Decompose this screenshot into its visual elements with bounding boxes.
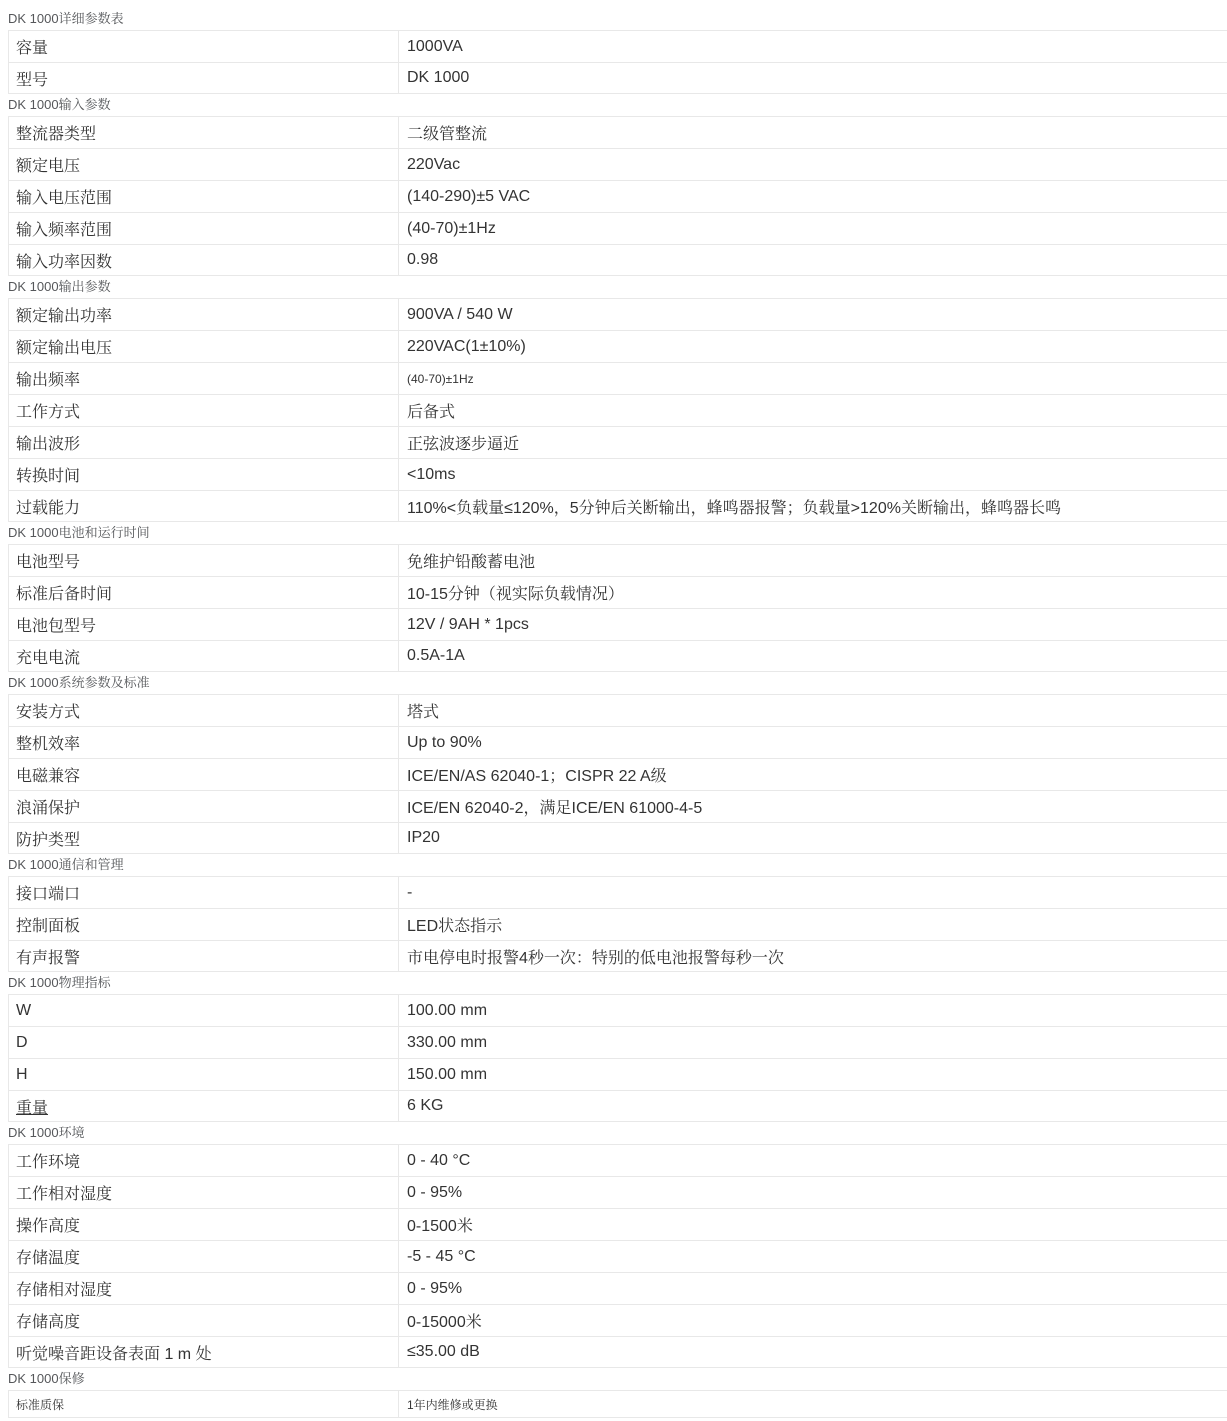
spec-value: 0-1500米 [398, 1209, 1227, 1240]
spec-label: 标准质保 [9, 1391, 398, 1417]
spec-value: 0 - 40 °C [398, 1145, 1227, 1176]
spec-value: 220VAC(1±10%) [398, 331, 1227, 362]
spec-value: 900VA / 540 W [398, 299, 1227, 330]
spec-value: 塔式 [398, 695, 1227, 726]
spec-label: 存储高度 [9, 1305, 398, 1336]
section-header: DK 1000物理指标 [8, 972, 1227, 994]
spec-value: IP20 [398, 823, 1227, 853]
spec-label: 整流器类型 [9, 117, 398, 148]
spec-label: 有声报警 [9, 941, 398, 971]
table-row: 工作环境 0 - 40 °C [8, 1144, 1227, 1176]
spec-value: 1年内维修或更换 [398, 1391, 1227, 1417]
table-row: 容量 1000VA [8, 30, 1227, 62]
spec-value: 市电停电时报警4秒一次：特别的低电池报警每秒一次 [398, 941, 1227, 971]
table-row: 安装方式 塔式 [8, 694, 1227, 726]
spec-label: 输入电压范围 [9, 181, 398, 212]
spec-value: ICE/EN 62040-2，满足ICE/EN 61000-4-5 [398, 791, 1227, 822]
spec-value: (40-70)±1Hz [398, 213, 1227, 244]
spec-label: W [9, 995, 398, 1026]
table-row: 接口端口 - [8, 876, 1227, 908]
spec-label: 整机效率 [9, 727, 398, 758]
spec-label: 接口端口 [9, 877, 398, 908]
section-rows: 额定输出功率 900VA / 540 W 额定输出电压 220VAC(1±10%… [8, 298, 1227, 522]
spec-label: D [9, 1027, 398, 1058]
spec-value: 220Vac [398, 149, 1227, 180]
spec-label: 输入功率因数 [9, 245, 398, 275]
spec-value: ICE/EN/AS 62040-1；CISPR 22 A级 [398, 759, 1227, 790]
section-rows: 容量 1000VA 型号 DK 1000 [8, 30, 1227, 94]
section-rows: 工作环境 0 - 40 °C 工作相对湿度 0 - 95% 操作高度 0-150… [8, 1144, 1227, 1368]
spec-label: H [9, 1059, 398, 1090]
spec-value: DK 1000 [398, 63, 1227, 93]
spec-label: 充电电流 [9, 641, 398, 671]
spec-value: 0.98 [398, 245, 1227, 275]
section-rows: 整流器类型 二级管整流 额定电压 220Vac 输入电压范围 (140-290)… [8, 116, 1227, 276]
table-row: 电池型号 免维护铅酸蓄电池 [8, 544, 1227, 576]
section-header: DK 1000通信和管理 [8, 854, 1227, 876]
table-row: W 100.00 mm [8, 994, 1227, 1026]
spec-value: 0.5A-1A [398, 641, 1227, 671]
table-row: 电池包型号 12V / 9AH * 1pcs [8, 608, 1227, 640]
spec-value: 6 KG [398, 1091, 1227, 1121]
spec-label: 存储温度 [9, 1241, 398, 1272]
table-row: 重量 6 KG [8, 1090, 1227, 1122]
spec-label: 控制面板 [9, 909, 398, 940]
spec-value: 10-15分钟（视实际负载情况） [398, 577, 1227, 608]
spec-value: 1000VA [398, 31, 1227, 62]
spec-value: 0 - 95% [398, 1273, 1227, 1304]
spec-label: 电池型号 [9, 545, 398, 576]
table-row: 浪涌保护 ICE/EN 62040-2，满足ICE/EN 61000-4-5 [8, 790, 1227, 822]
spec-value: 0 - 95% [398, 1177, 1227, 1208]
spec-label: 型号 [9, 63, 398, 93]
table-row: 有声报警 市电停电时报警4秒一次：特别的低电池报警每秒一次 [8, 940, 1227, 972]
spec-label: 输入频率范围 [9, 213, 398, 244]
spec-value: 100.00 mm [398, 995, 1227, 1026]
table-row: 输出频率 (40-70)±1Hz [8, 362, 1227, 394]
spec-value: 330.00 mm [398, 1027, 1227, 1058]
table-row: 控制面板 LED状态指示 [8, 908, 1227, 940]
table-row: D 330.00 mm [8, 1026, 1227, 1058]
spec-label: 工作环境 [9, 1145, 398, 1176]
spec-label: 电池包型号 [9, 609, 398, 640]
spec-value: 免维护铅酸蓄电池 [398, 545, 1227, 576]
table-row: 工作相对湿度 0 - 95% [8, 1176, 1227, 1208]
table-row: 整机效率 Up to 90% [8, 726, 1227, 758]
section-header: DK 1000保修 [8, 1368, 1227, 1390]
spec-value: 正弦波逐步逼近 [398, 427, 1227, 458]
table-row: H 150.00 mm [8, 1058, 1227, 1090]
spec-label: 额定输出功率 [9, 299, 398, 330]
table-row: 输入功率因数 0.98 [8, 244, 1227, 276]
spec-label: 存储相对湿度 [9, 1273, 398, 1304]
table-row: 电磁兼容 ICE/EN/AS 62040-1；CISPR 22 A级 [8, 758, 1227, 790]
table-row: 充电电流 0.5A-1A [8, 640, 1227, 672]
spec-label: 标准后备时间 [9, 577, 398, 608]
spec-value: 0-15000米 [398, 1305, 1227, 1336]
spec-label: 防护类型 [9, 823, 398, 853]
spec-value: LED状态指示 [398, 909, 1227, 940]
spec-value: 后备式 [398, 395, 1227, 426]
spec-label: 工作相对湿度 [9, 1177, 398, 1208]
table-row: 整流器类型 二级管整流 [8, 116, 1227, 148]
table-row: 转换时间 <10ms [8, 458, 1227, 490]
table-row: 输入电压范围 (140-290)±5 VAC [8, 180, 1227, 212]
section-rows: 电池型号 免维护铅酸蓄电池 标准后备时间 10-15分钟（视实际负载情况） 电池… [8, 544, 1227, 672]
section-header: DK 1000输出参数 [8, 276, 1227, 298]
section-rows: 安装方式 塔式 整机效率 Up to 90% 电磁兼容 ICE/EN/AS 62… [8, 694, 1227, 854]
spec-label: 安装方式 [9, 695, 398, 726]
table-row: 防护类型 IP20 [8, 822, 1227, 854]
table-row: 工作方式 后备式 [8, 394, 1227, 426]
spec-label: 输出波形 [9, 427, 398, 458]
spec-value: <10ms [398, 459, 1227, 490]
spec-label: 容量 [9, 31, 398, 62]
table-row: 听觉噪音距设备表面 1 m 处 ≤35.00 dB [8, 1336, 1227, 1368]
section-rows: 标准质保 1年内维修或更换 [8, 1390, 1227, 1418]
table-row: 额定电压 220Vac [8, 148, 1227, 180]
table-row: 存储高度 0-15000米 [8, 1304, 1227, 1336]
table-row: 过载能力 110%<负载量≤120%，5分钟后关断输出，蜂鸣器报警；负载量>12… [8, 490, 1227, 522]
spec-value: Up to 90% [398, 727, 1227, 758]
section-header: DK 1000环境 [8, 1122, 1227, 1144]
table-row: 型号 DK 1000 [8, 62, 1227, 94]
spec-value: 150.00 mm [398, 1059, 1227, 1090]
spec-value: -5 - 45 °C [398, 1241, 1227, 1272]
spec-table: DK 1000详细参数表 容量 1000VA 型号 DK 1000 DK 100… [8, 8, 1227, 1418]
spec-value: 二级管整流 [398, 117, 1227, 148]
section-header: DK 1000输入参数 [8, 94, 1227, 116]
section-rows: W 100.00 mm D 330.00 mm H 150.00 mm 重量 6… [8, 994, 1227, 1122]
spec-label: 操作高度 [9, 1209, 398, 1240]
spec-label: 工作方式 [9, 395, 398, 426]
table-row: 标准质保 1年内维修或更换 [8, 1390, 1227, 1418]
table-row: 额定输出功率 900VA / 540 W [8, 298, 1227, 330]
spec-label: 额定电压 [9, 149, 398, 180]
spec-value: - [398, 877, 1227, 908]
table-row: 操作高度 0-1500米 [8, 1208, 1227, 1240]
section-header: DK 1000系统参数及标准 [8, 672, 1227, 694]
spec-label: 输出频率 [9, 363, 398, 394]
spec-value: ≤35.00 dB [398, 1337, 1227, 1367]
spec-value: 110%<负载量≤120%，5分钟后关断输出，蜂鸣器报警；负载量>120%关断输… [398, 491, 1227, 521]
table-row: 额定输出电压 220VAC(1±10%) [8, 330, 1227, 362]
table-row: 存储温度 -5 - 45 °C [8, 1240, 1227, 1272]
table-row: 标准后备时间 10-15分钟（视实际负载情况） [8, 576, 1227, 608]
spec-label: 电磁兼容 [9, 759, 398, 790]
section-rows: 接口端口 - 控制面板 LED状态指示 有声报警 市电停电时报警4秒一次：特别的… [8, 876, 1227, 972]
table-row: 存储相对湿度 0 - 95% [8, 1272, 1227, 1304]
spec-label: 听觉噪音距设备表面 1 m 处 [9, 1337, 398, 1367]
spec-label: 转换时间 [9, 459, 398, 490]
spec-value: (140-290)±5 VAC [398, 181, 1227, 212]
spec-label-link[interactable]: 重量 [9, 1091, 398, 1121]
table-row: 输入频率范围 (40-70)±1Hz [8, 212, 1227, 244]
spec-label: 过载能力 [9, 491, 398, 521]
spec-value: 12V / 9AH * 1pcs [398, 609, 1227, 640]
spec-label: 浪涌保护 [9, 791, 398, 822]
section-header: DK 1000电池和运行时间 [8, 522, 1227, 544]
spec-label: 额定输出电压 [9, 331, 398, 362]
table-row: 输出波形 正弦波逐步逼近 [8, 426, 1227, 458]
section-header: DK 1000详细参数表 [8, 8, 1227, 30]
spec-value: (40-70)±1Hz [398, 363, 1227, 394]
